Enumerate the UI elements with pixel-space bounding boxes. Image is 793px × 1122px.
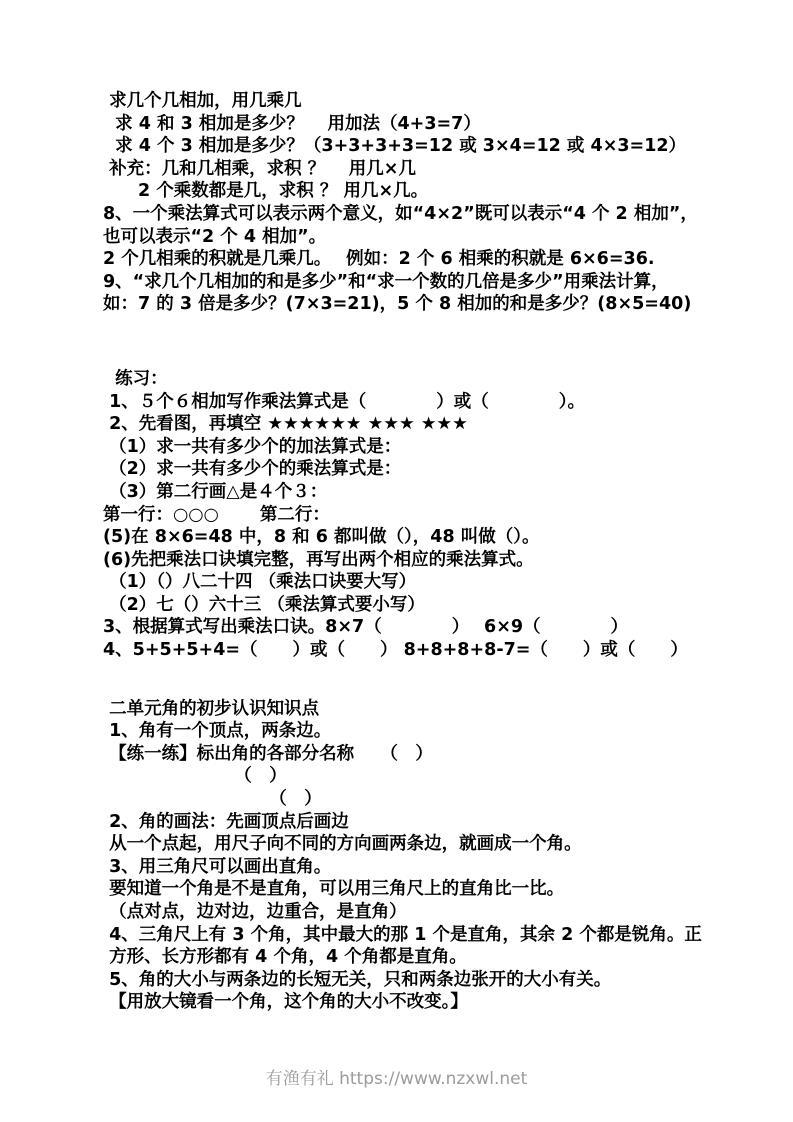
practice-heading: 练习： xyxy=(103,368,763,391)
angle-line: 1、角有一个顶点，两条边。 xyxy=(103,720,763,743)
section-practice: 练习： 1、５个６相加写作乘法算式是（ ）或（ ）。 2、先看图，再填空 ★★★… xyxy=(103,368,763,662)
notes-line: 如：7 的 3 倍是多少？(7×3=21)，5 个 8 相加的和是多少？(8×5… xyxy=(103,293,763,316)
unit2-heading: 二单元角的初步认识知识点 xyxy=(103,698,763,721)
notes-line: 8、一个乘法算式可以表示两个意义，如“4×2”既可以表示“4 个 2 相加”， xyxy=(103,203,763,226)
notes-line: 补充：几和几相乘，求积 ？ 用几×几 xyxy=(103,158,763,181)
angle-line: 3、用三角尺可以画出直角。 xyxy=(103,856,763,879)
practice-line: 第一行：○○○ 第二行： xyxy=(103,504,763,527)
notes-line: 求几个几相加，用几乘几 xyxy=(103,90,763,113)
section-multiplication-notes: 求几个几相加，用几乘几 求 4 和 3 相加是多少？ 用加法（4+3=7） 求 … xyxy=(103,90,763,316)
practice-line: 3、根据算式写出乘法口诀。8×7（ ） 6×9（ ） xyxy=(103,616,763,639)
angle-line: 5、角的大小与两条边的长短无关，只和两条边张开的大小有关。 xyxy=(103,969,763,992)
practice-line: （3）第二行画△是４个３： xyxy=(103,481,763,504)
notes-line: 求 4 个 3 相加是多少？（3+3+3+3=12 或 3×4=12 或 4×3… xyxy=(103,135,763,158)
angle-line: 【用放大镜看一个角，这个角的大小不改变。】 xyxy=(103,991,763,1014)
angle-line: 4、三角尺上有 3 个角，其中最大的那 1 个是直角，其余 2 个都是锐角。正 xyxy=(103,924,763,947)
angle-line: 【练一练】标出角的各部分名称 （ ） xyxy=(103,743,763,766)
practice-line: 4、5+5+5+4=（ ）或（ ） 8+8+8+8-7=（ ）或（ ） xyxy=(103,639,763,662)
document-page: 求几个几相加，用几乘几 求 4 和 3 相加是多少？ 用加法（4+3=7） 求 … xyxy=(0,0,793,1122)
watermark: 有渔有礼 https://www.nzxwl.net xyxy=(0,1064,793,1089)
angle-line: （ ） xyxy=(103,788,763,811)
practice-line: （2）求一共有多少个的乘法算式是： xyxy=(103,458,763,481)
angle-line: （ ） xyxy=(103,765,763,788)
angle-line: 从一个点起，用尺子向不同的方向画两条边，就画成一个角。 xyxy=(103,833,763,856)
practice-line: (5)在 8×6=48 中，8 和 6 都叫做（），48 叫做（）。 xyxy=(103,526,763,549)
notes-line: 求 4 和 3 相加是多少？ 用加法（4+3=7） xyxy=(103,113,763,136)
notes-line: 2 个几相乘的积就是几乘几。 例如：2 个 6 相乘的积就是 6×6=36. xyxy=(103,248,763,271)
notes-line: 9、“求几个几相加的和是多少”和“求一个数的几倍是多少”用乘法计算， xyxy=(103,271,763,294)
notes-line: 2 个乘数都是几，求积 ？ 用几×几。 xyxy=(103,180,763,203)
notes-line: 也可以表示“2 个 4 相加”。 xyxy=(103,226,763,249)
practice-line: （1）求一共有多少个的加法算式是： xyxy=(103,436,763,459)
practice-line: 2、先看图，再填空 ★★★★★★ ★★★ ★★★ xyxy=(103,413,763,436)
section-angle-notes: 二单元角的初步认识知识点 1、角有一个顶点，两条边。 【练一练】标出角的各部分名… xyxy=(103,698,763,1014)
practice-line: （2）七（）六十三 （乘法算式要小写） xyxy=(103,594,763,617)
document-content: 求几个几相加，用几乘几 求 4 和 3 相加是多少？ 用加法（4+3=7） 求 … xyxy=(103,90,763,1014)
angle-line: 要知道一个角是不是直角，可以用三角尺上的直角比一比。 xyxy=(103,878,763,901)
practice-line: （1）（）八二十四 （乘法口诀要大写） xyxy=(103,571,763,594)
angle-line: 2、角的画法：先画顶点后画边 xyxy=(103,811,763,834)
angle-line: （点对点，边对边，边重合，是直角） xyxy=(103,901,763,924)
angle-line: 方形、长方形都有 4 个角，4 个角都是直角。 xyxy=(103,946,763,969)
practice-line: (6)先把乘法口诀填完整，再写出两个相应的乘法算式。 xyxy=(103,549,763,572)
practice-line: 1、５个６相加写作乘法算式是（ ）或（ ）。 xyxy=(103,391,763,414)
